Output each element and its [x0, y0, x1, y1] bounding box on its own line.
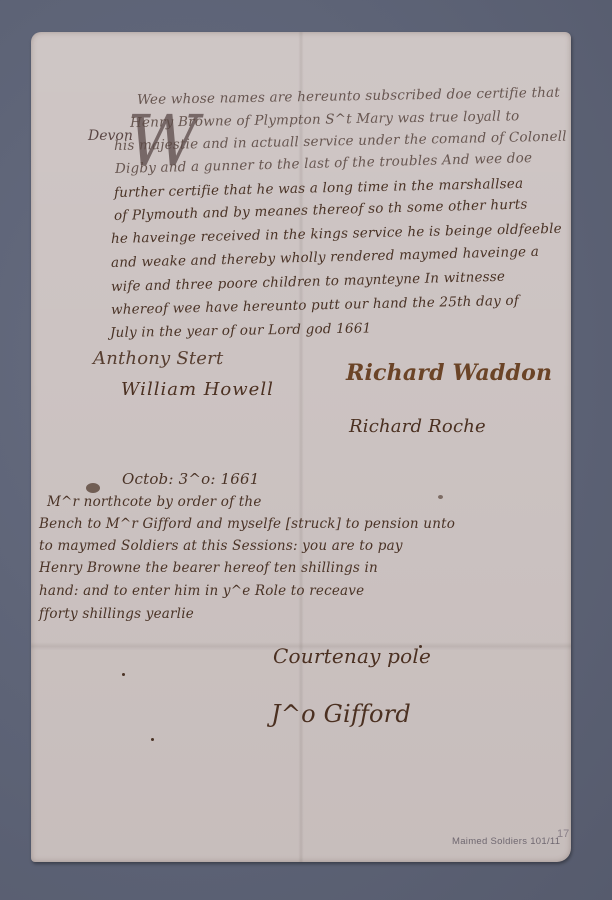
ink-speck [122, 673, 125, 676]
text-line: Bench to M^r Gifford and myselfe [struck… [39, 516, 455, 532]
text-line: July in the year of our Lord god 1661 [110, 320, 372, 341]
archive-folio-number: 17 [557, 828, 569, 840]
archive-reference-label: Maimed Soldiers 101/11 [452, 836, 560, 847]
signature-richard-waddon: Richard Waddon [346, 360, 552, 386]
signature-william-howell: William Howell [121, 379, 274, 400]
signature-courtenay-pole: Courtenay pole [273, 644, 431, 668]
ink-blot [86, 483, 100, 493]
ink-blot [438, 495, 443, 499]
signature-richard-roche: Richard Roche [349, 416, 486, 437]
text-line: Henry Browne the bearer hereof ten shill… [39, 560, 378, 576]
text-line: Wee whose names are hereunto subscribed … [137, 85, 560, 108]
ink-speck [151, 738, 154, 741]
text-line: he haveinge received in the kings servic… [111, 221, 562, 247]
signature-jo-gifford: J^o Gifford [271, 700, 411, 728]
text-line: of Plymouth and by meanes thereof so th … [114, 196, 528, 224]
order-date: Octob: 3^o: 1661 [122, 470, 260, 488]
manuscript-page: Devon W Wee whose names are hereunto sub… [31, 32, 571, 862]
text-line: wife and three poore children to mayntey… [111, 269, 506, 295]
ink-speck [419, 645, 422, 648]
signature-anthony-stert: Anthony Stert [93, 348, 223, 369]
text-line: fforty shillings yearlie [39, 606, 194, 622]
text-line: and weake and thereby wholly rendered ma… [111, 244, 539, 271]
text-line: hand: and to enter him in y^e Role to re… [39, 583, 364, 599]
text-line: whereof wee have hereunto putt our hand … [111, 293, 519, 318]
text-line: M^r northcote by order of the [47, 494, 262, 510]
text-line: to maymed Soldiers at this Sessions: you… [39, 538, 403, 554]
